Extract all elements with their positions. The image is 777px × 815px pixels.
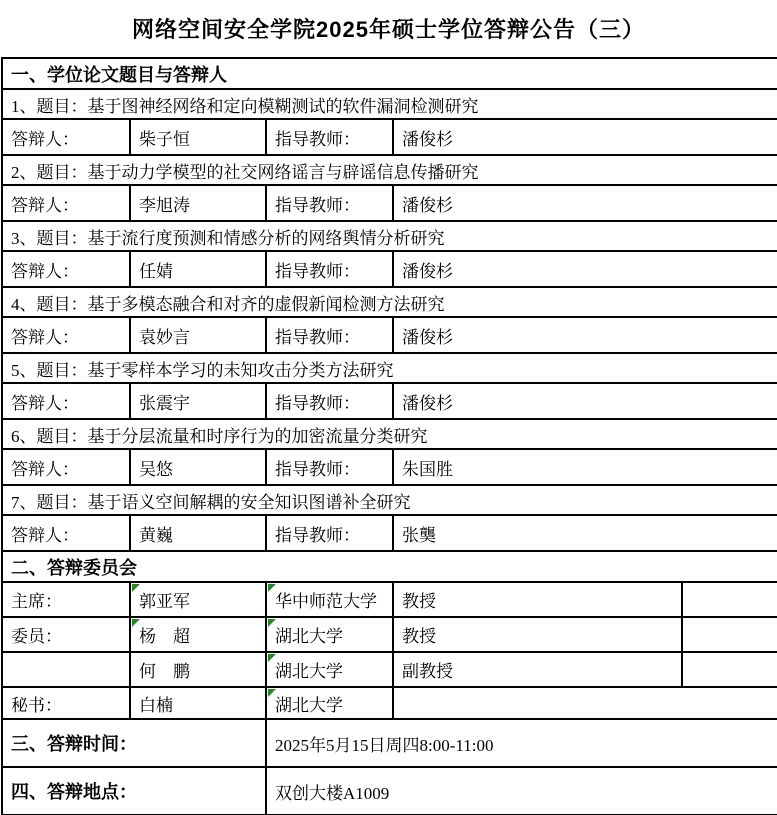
committee-member-name: 郭亚军 xyxy=(130,582,266,617)
thesis-title-row: 4、题目：基于多模态融合和对齐的虚假新闻检测方法研究 xyxy=(2,287,777,317)
chair-label: 主席： xyxy=(2,582,130,617)
empty-cell xyxy=(682,652,777,687)
thesis-title-row: 3、题目：基于流行度预测和情感分析的网络舆情分析研究 xyxy=(2,221,777,251)
cell-error-flag-icon xyxy=(132,619,140,627)
secretary-label: 秘书： xyxy=(2,687,130,719)
thesis-title: 6、题目：基于分层流量和时序行为的加密流量分类研究 xyxy=(2,419,777,449)
member-label: 委员： xyxy=(2,617,130,652)
thesis-person-row: 答辩人： 黄巍 指导教师： 张龑 xyxy=(2,515,777,551)
defender-label: 答辩人： xyxy=(2,119,130,155)
defense-place-label: 四、答辩地点： xyxy=(2,767,266,815)
thesis-person-row: 答辩人： 吴悠 指导教师： 朱国胜 xyxy=(2,449,777,485)
defender-name: 黄巍 xyxy=(130,515,266,551)
thesis-title-row: 7、题目：基于语义空间解耦的安全知识图谱补全研究 xyxy=(2,485,777,515)
advisor-name: 潘俊杉 xyxy=(393,185,777,221)
thesis-person-row: 答辩人： 袁妙言 指导教师： 潘俊杉 xyxy=(2,317,777,353)
section2-header-row: 二、答辩委员会 xyxy=(2,551,777,582)
cell-error-flag-icon xyxy=(268,689,276,697)
committee-member-title: 教授 xyxy=(393,582,682,617)
committee-member-name: 白楠 xyxy=(130,687,266,719)
thesis-title: 1、题目：基于图神经网络和定向模糊测试的软件漏洞检测研究 xyxy=(2,89,777,119)
advisor-label: 指导教师： xyxy=(266,251,393,287)
section1-header: 一、学位论文题目与答辩人 xyxy=(2,58,777,89)
advisor-name: 张龑 xyxy=(393,515,777,551)
empty-cell xyxy=(682,617,777,652)
defender-name: 柴子恒 xyxy=(130,119,266,155)
thesis-title: 2、题目：基于动力学模型的社交网络谣言与辟谣信息传播研究 xyxy=(2,155,777,185)
cell-error-flag-icon xyxy=(268,584,276,592)
thesis-title-row: 2、题目：基于动力学模型的社交网络谣言与辟谣信息传播研究 xyxy=(2,155,777,185)
committee-row-member: 委员： 杨 超 湖北大学 教授 xyxy=(2,617,777,652)
defender-label: 答辩人： xyxy=(2,317,130,353)
committee-member-name: 杨 超 xyxy=(130,617,266,652)
defender-name: 吴悠 xyxy=(130,449,266,485)
advisor-name: 潘俊杉 xyxy=(393,383,777,419)
committee-member-title: 副教授 xyxy=(393,652,682,687)
defender-name: 任婧 xyxy=(130,251,266,287)
committee-row-secretary: 秘书： 白楠 湖北大学 xyxy=(2,687,777,719)
cell-error-flag-icon xyxy=(268,654,276,662)
section2-header: 二、答辩委员会 xyxy=(2,551,777,582)
committee-row-chair: 主席： 郭亚军 华中师范大学 教授 xyxy=(2,582,777,617)
advisor-label: 指导教师： xyxy=(266,515,393,551)
advisor-name: 潘俊杉 xyxy=(393,251,777,287)
advisor-name: 潘俊杉 xyxy=(393,317,777,353)
empty-cell xyxy=(682,582,777,617)
defense-place-row: 四、答辩地点： 双创大楼A1009 xyxy=(2,767,777,815)
advisor-name: 朱国胜 xyxy=(393,449,777,485)
page-title: 网络空间安全学院2025年硕士学位答辩公告（三） xyxy=(0,0,777,57)
thesis-person-row: 答辩人： 柴子恒 指导教师： 潘俊杉 xyxy=(2,119,777,155)
committee-member-university: 湖北大学 xyxy=(266,687,393,719)
committee-member-name: 何 鹏 xyxy=(130,652,266,687)
thesis-title: 5、题目：基于零样本学习的未知攻击分类方法研究 xyxy=(2,353,777,383)
thesis-title: 7、题目：基于语义空间解耦的安全知识图谱补全研究 xyxy=(2,485,777,515)
advisor-label: 指导教师： xyxy=(266,449,393,485)
empty-cell xyxy=(393,687,777,719)
committee-row-member: 何 鹏 湖北大学 副教授 xyxy=(2,652,777,687)
defender-label: 答辩人： xyxy=(2,515,130,551)
thesis-title-row: 1、题目：基于图神经网络和定向模糊测试的软件漏洞检测研究 xyxy=(2,89,777,119)
advisor-label: 指导教师： xyxy=(266,383,393,419)
thesis-person-row: 答辩人： 张震宇 指导教师： 潘俊杉 xyxy=(2,383,777,419)
defender-label: 答辩人： xyxy=(2,449,130,485)
defender-label: 答辩人： xyxy=(2,251,130,287)
advisor-label: 指导教师： xyxy=(266,119,393,155)
thesis-title-row: 5、题目：基于零样本学习的未知攻击分类方法研究 xyxy=(2,353,777,383)
advisor-name: 潘俊杉 xyxy=(393,119,777,155)
advisor-label: 指导教师： xyxy=(266,185,393,221)
defense-time-value: 2025年5月15日周四8:00-11:00 xyxy=(266,719,777,767)
cell-error-flag-icon xyxy=(132,584,140,592)
committee-member-title: 教授 xyxy=(393,617,682,652)
committee-member-university: 湖北大学 xyxy=(266,652,393,687)
advisor-label: 指导教师： xyxy=(266,317,393,353)
thesis-title-row: 6、题目：基于分层流量和时序行为的加密流量分类研究 xyxy=(2,419,777,449)
defense-time-row: 三、答辩时间： 2025年5月15日周四8:00-11:00 xyxy=(2,719,777,767)
defender-name: 李旭涛 xyxy=(130,185,266,221)
defender-name: 袁妙言 xyxy=(130,317,266,353)
committee-member-university: 华中师范大学 xyxy=(266,582,393,617)
cell-error-flag-icon xyxy=(268,619,276,627)
committee-member-university: 湖北大学 xyxy=(266,617,393,652)
thesis-person-row: 答辩人： 李旭涛 指导教师： 潘俊杉 xyxy=(2,185,777,221)
defender-label: 答辩人： xyxy=(2,185,130,221)
thesis-person-row: 答辩人： 任婧 指导教师： 潘俊杉 xyxy=(2,251,777,287)
section1-header-row: 一、学位论文题目与答辩人 xyxy=(2,58,777,89)
defender-name: 张震宇 xyxy=(130,383,266,419)
thesis-title: 4、题目：基于多模态融合和对齐的虚假新闻检测方法研究 xyxy=(2,287,777,317)
member-label-empty xyxy=(2,652,130,687)
thesis-title: 3、题目：基于流行度预测和情感分析的网络舆情分析研究 xyxy=(2,221,777,251)
defender-label: 答辩人： xyxy=(2,383,130,419)
defense-time-label: 三、答辩时间： xyxy=(2,719,266,767)
defense-place-value: 双创大楼A1009 xyxy=(266,767,777,815)
defense-announcement-table: 一、学位论文题目与答辩人 1、题目：基于图神经网络和定向模糊测试的软件漏洞检测研… xyxy=(1,57,777,815)
